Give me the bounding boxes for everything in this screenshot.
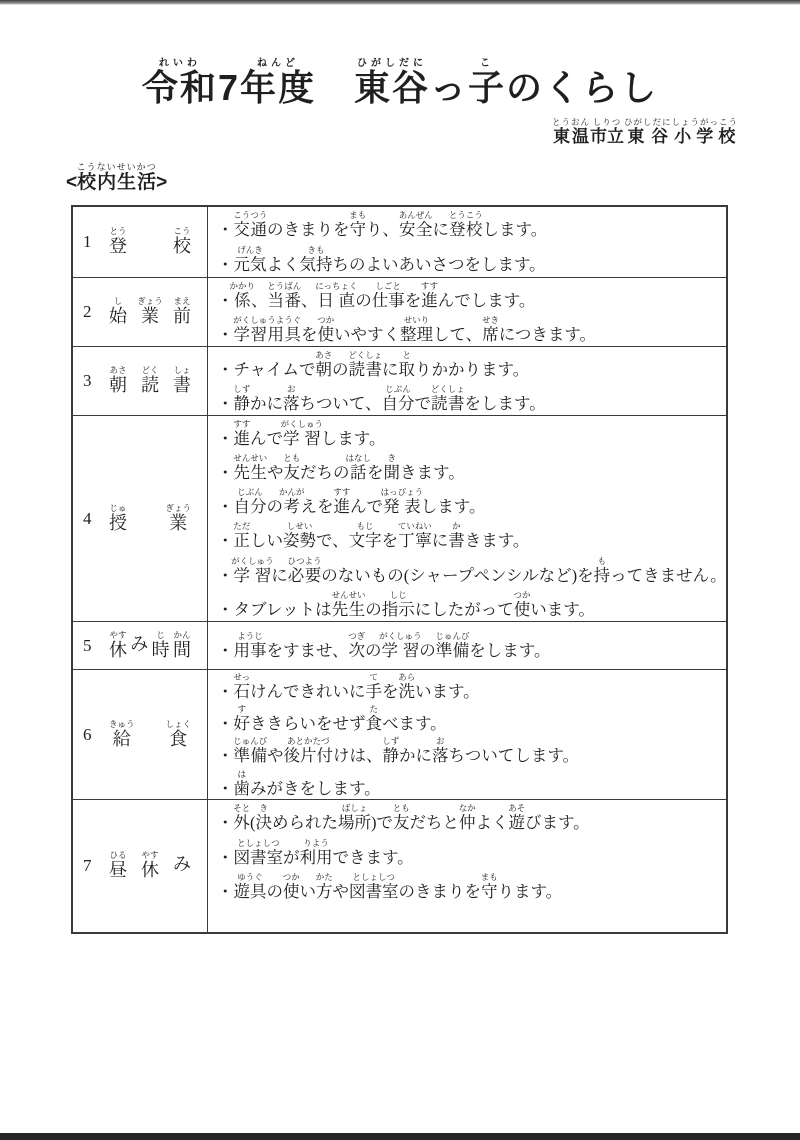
rule-bullet: ・準備じゅんびや後片付あとかたづけは、静しずかに落おちついてします。 bbox=[217, 736, 722, 764]
table-row: 6給きゅう食しょく・石せっけんできれいに手てを洗あらいます。・好すききらいをせず… bbox=[72, 670, 727, 800]
row-label-char: 間かん bbox=[173, 630, 191, 662]
row-label-char: 時じ bbox=[152, 630, 170, 662]
row-number: 4 bbox=[83, 509, 103, 529]
row-number: 2 bbox=[83, 302, 103, 322]
row-content-cell: ・チャイムで朝あさの読書どくしょに取とりかかります。・静しずかに落おちついて、自… bbox=[208, 347, 728, 416]
rule-bullet: ・係かかり、当番とうばん、日直にっちょくの仕事しごとを進すすんでします。 bbox=[217, 281, 722, 309]
page-title: 令和れいわ7年度ねんど 東谷ひがしだにっ子このくらし bbox=[0, 58, 800, 113]
rules-table: 1登とう校こう・交通こうつうのきまりを守まもり、安全あんぜんに登校とうこうします… bbox=[71, 205, 728, 934]
rule-bullet: ・静しずかに落おちついて、自分じぶんで読書どくしょをします。 bbox=[217, 384, 722, 412]
table-row: 7昼ひる休やすみ・外そと(決きめられた場所ばしょ)で友ともだちと仲なかよく遊あそ… bbox=[72, 800, 727, 934]
row-label-char: 業ぎょう bbox=[165, 503, 191, 535]
row-content-inner: ・チャイムで朝あさの読書どくしょに取とりかかります。・静しずかに落おちついて、自… bbox=[208, 347, 726, 415]
row-label-char: 読どく bbox=[141, 365, 159, 397]
scan-edge-top bbox=[0, 0, 800, 5]
row-label-cell: 2始し業ぎょう前まえ bbox=[72, 278, 208, 347]
section-heading: <校内生活こうないせいかつ> bbox=[66, 162, 800, 197]
row-label-char: 登とう bbox=[109, 226, 127, 258]
row-content-cell: ・石せっけんできれいに手てを洗あらいます。・好すききらいをせず食たべます。・準備… bbox=[208, 670, 728, 800]
rule-bullet: ・学習用具がくしゅうようぐを使つかいやすく整理せいりして、席せきにつきます。 bbox=[217, 315, 722, 343]
row-label-cell: 3朝あさ読どく書しょ bbox=[72, 347, 208, 416]
row-label-inner: 4授じゅ業ぎょう bbox=[73, 416, 207, 621]
rule-bullet: ・先生せんせいや友ともだちの話はなしを聞ききます。 bbox=[217, 453, 722, 481]
row-label-inner: 5休やすみ時じ間かん bbox=[73, 622, 207, 669]
rule-bullet: ・図書室としょしつが利用りようできます。 bbox=[217, 838, 722, 866]
row-content-cell: ・用事ようじをすませ、次つぎの学習がくしゅうの準備じゅんびをします。 bbox=[208, 622, 728, 670]
rules-table-body: 1登とう校こう・交通こうつうのきまりを守まもり、安全あんぜんに登校とうこうします… bbox=[72, 206, 727, 933]
row-content-inner: ・進すすんで学習がくしゅうします。・先生せんせいや友ともだちの話はなしを聞ききま… bbox=[208, 416, 726, 621]
row-label-char: 食しょく bbox=[165, 719, 191, 751]
scan-edge-bottom bbox=[0, 1133, 800, 1140]
row-content-inner: ・外そと(決きめられた場所ばしょ)で友ともだちと仲なかよく遊あそびます。・図書室… bbox=[208, 800, 726, 932]
row-label-char: 休やす bbox=[141, 850, 159, 882]
rule-bullet: ・チャイムで朝あさの読書どくしょに取とりかかります。 bbox=[217, 350, 722, 378]
row-label: 始し業ぎょう前まえ bbox=[109, 296, 191, 328]
row-content-inner: ・石せっけんできれいに手てを洗あらいます。・好すききらいをせず食たべます。・準備… bbox=[208, 670, 726, 799]
row-label: 授じゅ業ぎょう bbox=[109, 503, 191, 535]
row-number: 7 bbox=[83, 856, 103, 876]
table-row: 1登とう校こう・交通こうつうのきまりを守まもり、安全あんぜんに登校とうこうします… bbox=[72, 206, 727, 278]
row-label-char: 前まえ bbox=[173, 296, 191, 328]
row-content-cell: ・進すすんで学習がくしゅうします。・先生せんせいや友ともだちの話はなしを聞ききま… bbox=[208, 416, 728, 622]
row-label-inner: 1登とう校こう bbox=[73, 207, 207, 277]
row-number: 3 bbox=[83, 371, 103, 391]
row-number: 1 bbox=[83, 232, 103, 252]
rule-bullet: ・学習がくしゅうに必要ひつようのないもの(シャープペンシルなど)を持もってきませ… bbox=[217, 556, 722, 584]
row-label: 朝あさ読どく書しょ bbox=[109, 365, 191, 397]
table-row: 2始し業ぎょう前まえ・係かかり、当番とうばん、日直にっちょくの仕事しごとを進すす… bbox=[72, 278, 727, 347]
rule-bullet: ・歯はみがきをします。 bbox=[217, 769, 722, 797]
rule-bullet: ・外そと(決きめられた場所ばしょ)で友ともだちと仲なかよく遊あそびます。 bbox=[217, 803, 722, 831]
rule-bullet: ・進すすんで学習がくしゅうします。 bbox=[217, 419, 722, 447]
row-label-inner: 2始し業ぎょう前まえ bbox=[73, 278, 207, 346]
row-label-char: 校こう bbox=[173, 226, 191, 258]
table-row: 5休やすみ時じ間かん・用事ようじをすませ、次つぎの学習がくしゅうの準備じゅんびを… bbox=[72, 622, 727, 670]
row-content-inner: ・交通こうつうのきまりを守まもり、安全あんぜんに登校とうこうします。・元気げんき… bbox=[208, 207, 726, 277]
rule-bullet: ・正ただしい姿勢しせいで、文字もじを丁寧ていねいに書かきます。 bbox=[217, 521, 722, 549]
row-label: 休やすみ時じ間かん bbox=[109, 630, 191, 662]
rule-bullet: ・用事ようじをすませ、次つぎの学習がくしゅうの準備じゅんびをします。 bbox=[217, 631, 722, 659]
row-label-cell: 4授じゅ業ぎょう bbox=[72, 416, 208, 622]
document-page: 令和れいわ7年度ねんど 東谷ひがしだにっ子このくらし 東温とうおん市立しりつ東谷… bbox=[0, 0, 800, 1140]
row-label-char: み bbox=[130, 630, 148, 662]
table-row: 3朝あさ読どく書しょ・チャイムで朝あさの読書どくしょに取とりかかります。・静しず… bbox=[72, 347, 727, 416]
row-content-cell: ・係かかり、当番とうばん、日直にっちょくの仕事しごとを進すすんでします。・学習用… bbox=[208, 278, 728, 347]
row-content-cell: ・外そと(決きめられた場所ばしょ)で友ともだちと仲なかよく遊あそびます。・図書室… bbox=[208, 800, 728, 934]
rule-bullet: ・好すききらいをせず食たべます。 bbox=[217, 704, 722, 732]
rule-bullet: ・元気げんきよく気持きもちのよいあいさつをします。 bbox=[217, 245, 722, 273]
row-label-char: 昼ひる bbox=[109, 850, 127, 882]
rule-bullet: ・石せっけんできれいに手てを洗あらいます。 bbox=[217, 672, 722, 700]
rule-bullet: ・交通こうつうのきまりを守まもり、安全あんぜんに登校とうこうします。 bbox=[217, 210, 722, 238]
row-label: 登とう校こう bbox=[109, 226, 191, 258]
row-label-char: み bbox=[173, 850, 191, 882]
row-label-cell: 1登とう校こう bbox=[72, 206, 208, 278]
row-content-inner: ・用事ようじをすませ、次つぎの学習がくしゅうの準備じゅんびをします。 bbox=[208, 622, 726, 669]
row-label-char: 朝あさ bbox=[109, 365, 127, 397]
row-label-cell: 6給きゅう食しょく bbox=[72, 670, 208, 800]
rule-bullet: ・自分じぶんの考かんがえを進すすんで発表はっぴょうします。 bbox=[217, 487, 722, 515]
row-label: 昼ひる休やすみ bbox=[109, 850, 191, 882]
school-name: 東温とうおん市立しりつ東谷ひがしだに小学校しょうがっこう bbox=[0, 117, 800, 150]
row-content-cell: ・交通こうつうのきまりを守まもり、安全あんぜんに登校とうこうします。・元気げんき… bbox=[208, 206, 728, 278]
row-content-inner: ・係かかり、当番とうばん、日直にっちょくの仕事しごとを進すすんでします。・学習用… bbox=[208, 278, 726, 346]
row-number: 5 bbox=[83, 636, 103, 656]
row-label-inner: 3朝あさ読どく書しょ bbox=[73, 347, 207, 415]
row-label-char: 授じゅ bbox=[109, 503, 127, 535]
row-label-char: 業ぎょう bbox=[137, 296, 163, 328]
row-label-cell: 7昼ひる休やすみ bbox=[72, 800, 208, 934]
rule-bullet: ・遊具ゆうぐの使つかい方かたや図書室としょしつのきまりを守まもります。 bbox=[217, 872, 722, 900]
row-label-char: 給きゅう bbox=[109, 719, 135, 751]
row-label-cell: 5休やすみ時じ間かん bbox=[72, 622, 208, 670]
row-label-inner: 6給きゅう食しょく bbox=[73, 670, 207, 799]
row-number: 6 bbox=[83, 725, 103, 745]
row-label-char: 始し bbox=[109, 296, 127, 328]
rule-bullet: ・タブレットは先生せんせいの指示しじにしたがって使つかいます。 bbox=[217, 590, 722, 618]
row-label: 給きゅう食しょく bbox=[109, 719, 191, 751]
row-label-char: 書しょ bbox=[173, 365, 191, 397]
row-label-char: 休やす bbox=[109, 630, 127, 662]
row-label-inner: 7昼ひる休やすみ bbox=[73, 800, 207, 932]
table-row: 4授じゅ業ぎょう・進すすんで学習がくしゅうします。・先生せんせいや友ともだちの話… bbox=[72, 416, 727, 622]
